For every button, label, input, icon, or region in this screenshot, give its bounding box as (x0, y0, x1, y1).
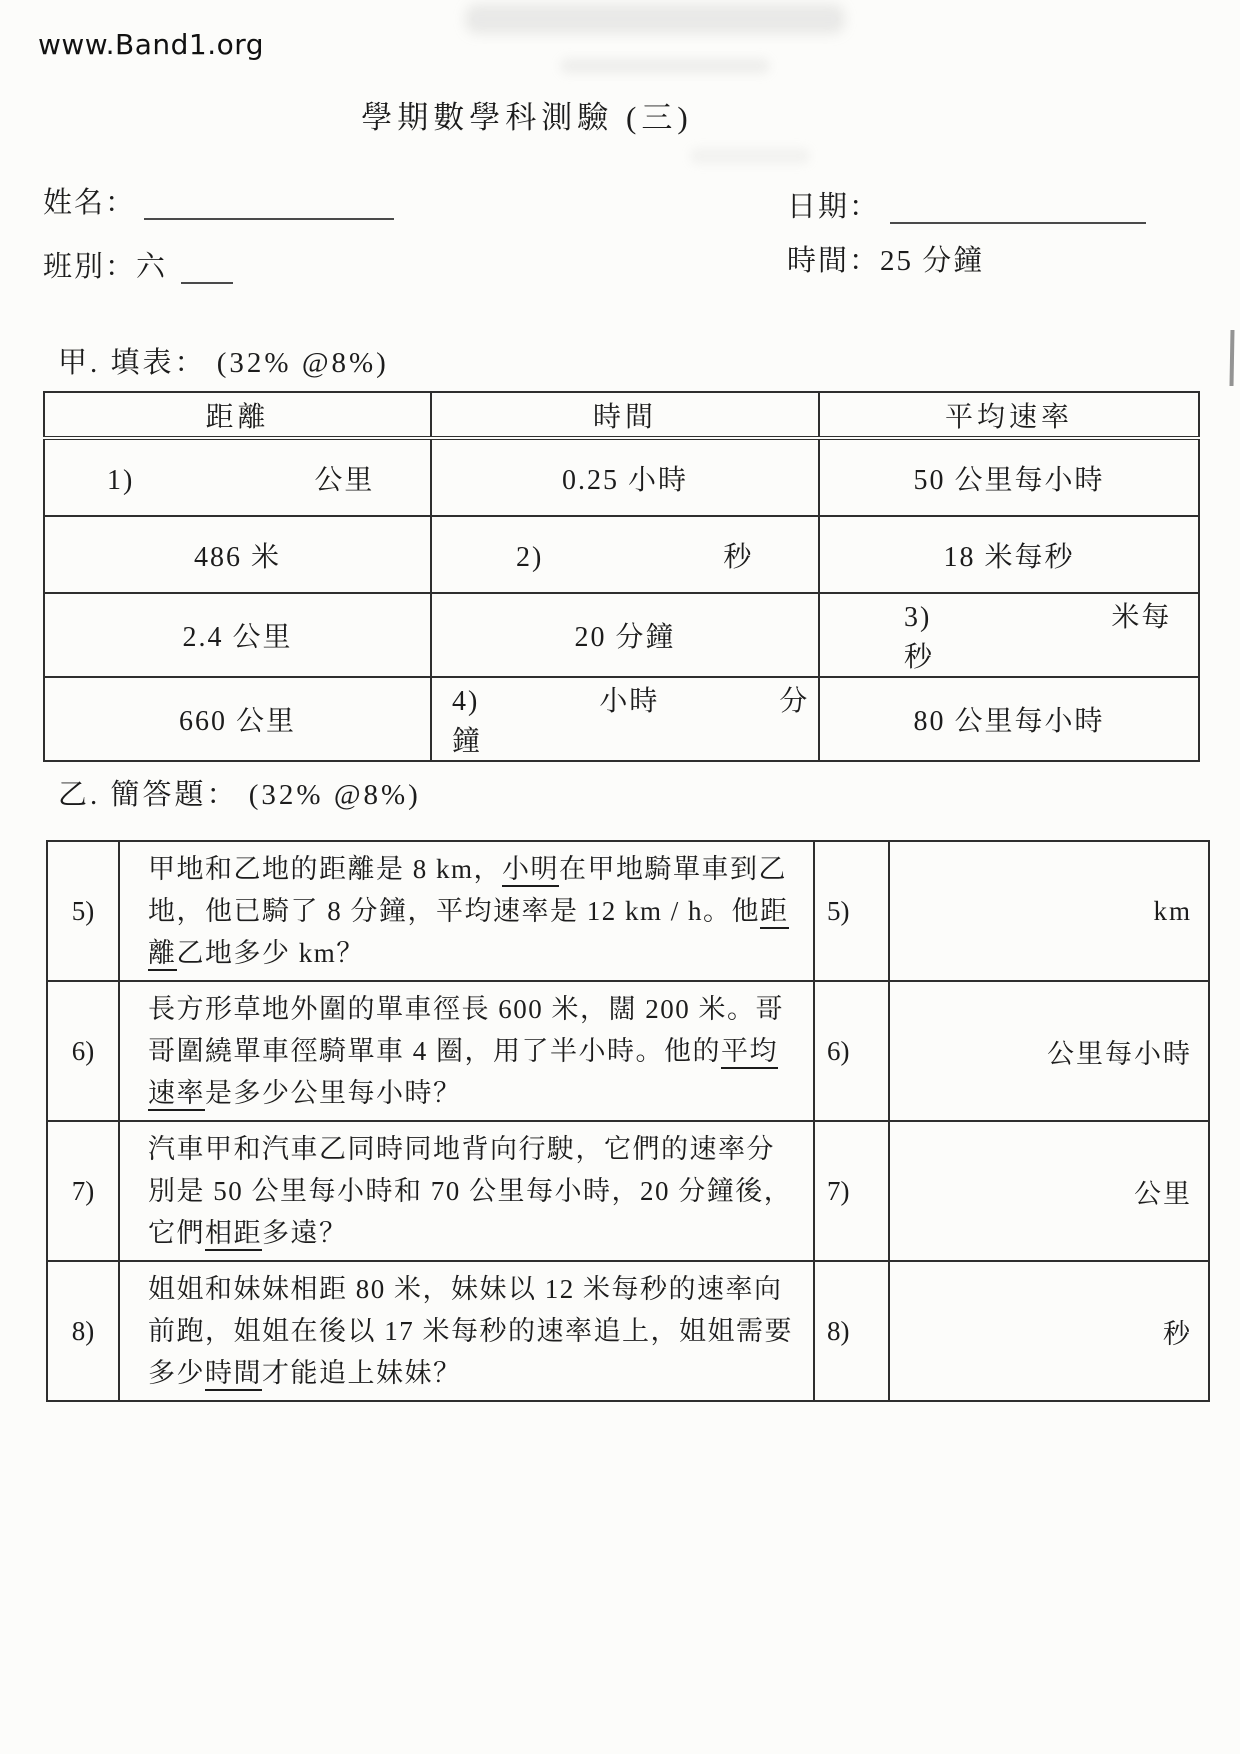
cell-time-value: 20 分鐘 (431, 593, 819, 677)
underlined-keyword: 時間 (205, 1358, 262, 1391)
fill-in-table: 距離 時間 平均速率 1) 公里 0.25 小時 50 公里每小時 486 米 … (43, 391, 1200, 762)
question-text-segment: 長方形草地外圍的單車徑長 600 米，闊 200 米。哥哥圍繞單車徑騎單車 4 … (148, 994, 784, 1066)
date-label: 日期： (787, 191, 880, 223)
header-time: 時間 (431, 392, 819, 438)
cell-time-blank-2: 2) 秒 (431, 516, 819, 593)
class-field: 班別：六 (43, 244, 233, 285)
answer-number: 5) (814, 841, 889, 981)
cell-speed-value: 50 公里每小時 (819, 438, 1199, 516)
fill-table-row-2: 486 米 2) 秒 18 米每秒 (44, 516, 1199, 593)
cell-speed-value: 18 米每秒 (819, 516, 1199, 593)
cell-distance-value: 660 公里 (44, 677, 431, 761)
fill-table-row-3: 2.4 公里 20 分鐘 3) 米每秒 (44, 593, 1199, 677)
scanned-test-paper: www.Band1.org 學期數學科測驗 (三) 姓名： 日期： 班別：六 時… (0, 0, 1240, 1754)
question-text: 長方形草地外圍的單車徑長 600 米，闊 200 米。哥哥圍繞單車徑騎單車 4 … (119, 981, 814, 1121)
cell-time-blank-4: 4) 小時 分鐘 (431, 677, 819, 761)
section-a-heading: 甲. 填表： (32% @8%) (58, 340, 389, 381)
answer-unit: 公里 (889, 1121, 1209, 1261)
scan-smudge (560, 58, 770, 74)
date-blank-line (890, 220, 1146, 224)
date-field: 日期： (787, 184, 1146, 225)
page-title: 學期數學科測驗 (三) (361, 92, 692, 137)
underlined-keyword: 小明 (502, 854, 559, 887)
question-text: 姐姐和妹妹相距 80 米，妹妹以 12 米每秒的速率向前跑，姐姐在後以 17 米… (119, 1261, 814, 1401)
answer-unit: 秒 (889, 1261, 1209, 1401)
question-text-segment: 是多少公里每小時？ (205, 1078, 462, 1108)
answer-unit: km (889, 841, 1209, 981)
fill-table-row-4: 660 公里 4) 小時 分鐘 80 公里每小時 (44, 677, 1199, 761)
answer-unit: 公里每小時 (889, 981, 1209, 1121)
question-number: 8) (47, 1261, 119, 1401)
question-number: 6) (47, 981, 119, 1121)
fill-table-row-1: 1) 公里 0.25 小時 50 公里每小時 (44, 438, 1199, 516)
cell-distance-value: 486 米 (44, 516, 431, 593)
class-label: 班別：六 (43, 251, 167, 283)
section-b-heading: 乙. 簡答題： (32% @8%) (58, 772, 421, 813)
header-average-speed: 平均速率 (819, 392, 1199, 438)
fill-table-header-row: 距離 時間 平均速率 (44, 392, 1199, 438)
time-label: 時間： (787, 245, 880, 277)
answer-number: 6) (814, 981, 889, 1121)
scan-smudge (690, 148, 810, 164)
question-row-8: 8) 姐姐和妹妹相距 80 米，妹妹以 12 米每秒的速率向前跑，姐姐在後以 1… (47, 1261, 1209, 1401)
header-distance: 距離 (44, 392, 431, 438)
question-number: 7) (47, 1121, 119, 1261)
cell-distance-value: 2.4 公里 (44, 593, 431, 677)
question-row-6: 6) 長方形草地外圍的單車徑長 600 米，闊 200 米。哥哥圍繞單車徑騎單車… (47, 981, 1209, 1121)
scan-edge-mark (1230, 330, 1235, 386)
time-field: 時間：25 分鐘 (787, 238, 984, 279)
cell-time-value: 0.25 小時 (431, 438, 819, 516)
question-number: 5) (47, 841, 119, 981)
question-text-segment: 乙地多少 km？ (177, 938, 365, 968)
short-answer-table: 5) 甲地和乙地的距離是 8 km，小明在甲地騎單車到乙地，他已騎了 8 分鐘，… (46, 840, 1210, 1402)
name-field: 姓名： (43, 180, 394, 221)
name-label: 姓名： (43, 187, 136, 219)
name-blank-line (144, 216, 394, 220)
question-text-segment: 多遠？ (262, 1218, 348, 1248)
cell-speed-value: 80 公里每小時 (819, 677, 1199, 761)
question-text: 甲地和乙地的距離是 8 km，小明在甲地騎單車到乙地，他已騎了 8 分鐘，平均速… (119, 841, 814, 981)
question-row-7: 7) 汽車甲和汽車乙同時同地背向行駛，它們的速率分別是 50 公里每小時和 70… (47, 1121, 1209, 1261)
answer-number: 7) (814, 1121, 889, 1261)
question-text-segment: 才能追上妹妹？ (262, 1358, 462, 1388)
site-watermark: www.Band1.org (38, 28, 264, 61)
underlined-keyword: 相距 (205, 1218, 262, 1251)
scan-smudge (465, 4, 845, 34)
class-blank-line (181, 280, 233, 284)
question-text-segment: 甲地和乙地的距離是 8 km， (148, 854, 502, 884)
cell-distance-blank-1: 1) 公里 (44, 438, 431, 516)
answer-number: 8) (814, 1261, 889, 1401)
time-value: 25 分鐘 (880, 245, 984, 277)
question-row-5: 5) 甲地和乙地的距離是 8 km，小明在甲地騎單車到乙地，他已騎了 8 分鐘，… (47, 841, 1209, 981)
question-text: 汽車甲和汽車乙同時同地背向行駛，它們的速率分別是 50 公里每小時和 70 公里… (119, 1121, 814, 1261)
cell-speed-blank-3: 3) 米每秒 (819, 593, 1199, 677)
